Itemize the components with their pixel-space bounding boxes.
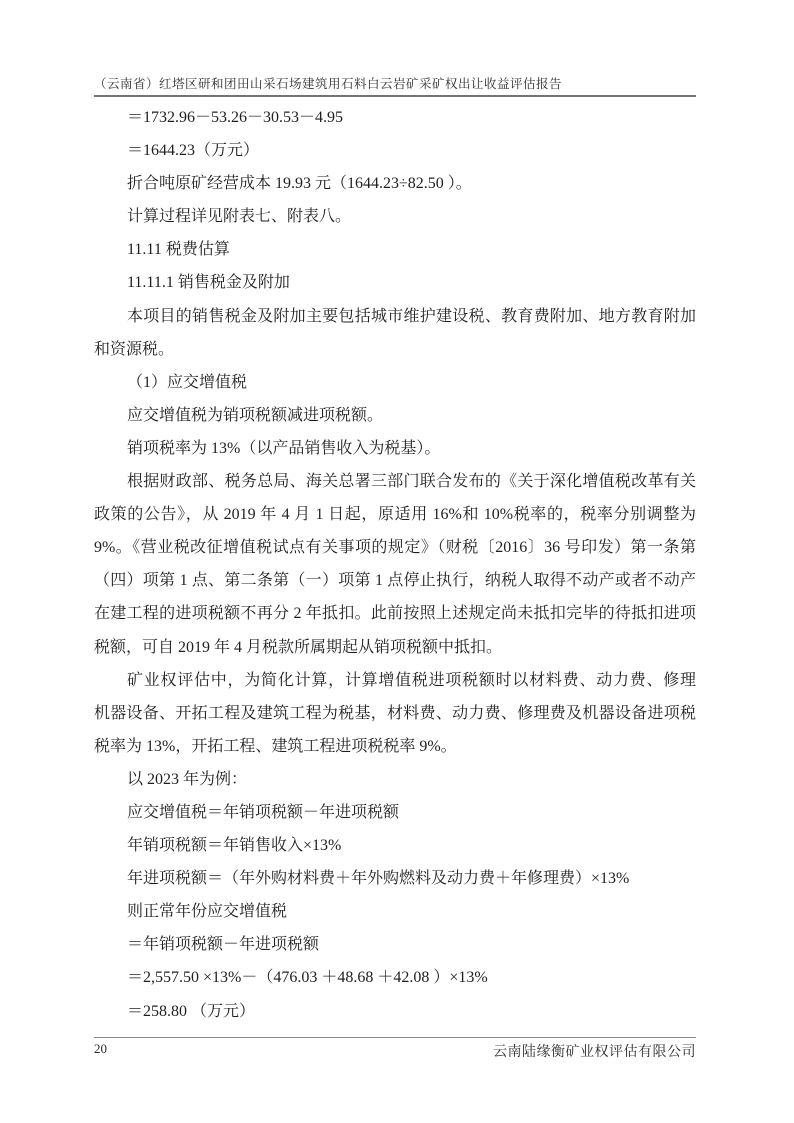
formula-line: 年销项税额＝年销售收入×13%: [94, 829, 696, 862]
section-heading: 11.11.1 销售税金及附加: [94, 266, 696, 299]
body-line: 以 2023 年为例：: [94, 763, 696, 796]
body-line: 矿业权评估中，为简化计算，计算增值税进项税额时以材料费、动力费、修理费、: [94, 664, 696, 697]
body-line: 根据财政部、税务总局、海关总署三部门联合发布的《关于深化增值税改革有关: [94, 465, 696, 498]
report-header-title: （云南省）红塔区研和团田山采石场建筑用石料白云岩矿采矿权出让收益评估报告: [94, 77, 562, 91]
report-footer: 20 云南陆缘衡矿业权评估有限公司: [94, 1041, 696, 1061]
body-line: （四）项第 1 点、第二条第（一）项第 1 点停止执行，纳税人取得不动产或者不动…: [94, 564, 696, 597]
body-line: 税额，可自 2019 年 4 月税款所属期起从销项税额中抵扣。: [94, 631, 696, 664]
body-line: 政策的公告》，从 2019 年 4 月 1 日起，原适用 16%和 10%税率的…: [94, 498, 696, 531]
formula-line: ＝2,557.50 ×13%－（476.03 ＋48.68 ＋42.08 ）×1…: [94, 961, 696, 994]
formula-line: 应交增值税＝年销项税额－年进项税额: [94, 796, 696, 829]
company-name: 云南陆缘衡矿业权评估有限公司: [493, 1041, 696, 1061]
body-line: ＝1732.96－53.26－30.53－4.95: [94, 101, 696, 134]
footer-divider: [94, 1037, 696, 1038]
formula-line: 年进项税额＝（年外购材料费＋年外购燃料及动力费＋年修理费）×13%: [94, 862, 696, 895]
body-line: 折合吨原矿经营成本 19.93 元（1644.23÷82.50 ）。: [94, 167, 696, 200]
body-line: 税率为 13%，开拓工程、建筑工程进项税税率 9%。: [94, 730, 696, 763]
body-line: 9%。《营业税改征增值税试点有关事项的规定》（财税〔2016〕36 号印发）第一…: [94, 531, 696, 564]
body-line: 在建工程的进项税额不再分 2 年抵扣。此前按照上述规定尚未抵扣完毕的待抵扣进项: [94, 597, 696, 630]
section-heading: 11.11 税费估算: [94, 233, 696, 266]
formula-line: ＝年销项税额－年进项税额: [94, 928, 696, 961]
body-line: 和资源税。: [94, 333, 696, 366]
body-line: 机器设备、开拓工程及建筑工程为税基，材料费、动力费、修理费及机器设备进项税: [94, 697, 696, 730]
body-line: 本项目的销售税金及附加主要包括城市维护建设税、教育费附加、地方教育附加: [94, 300, 696, 333]
report-page: （云南省）红塔区研和团田山采石场建筑用石料白云岩矿采矿权出让收益评估报告 ＝17…: [0, 0, 794, 1123]
body-line: （1）应交增值税: [94, 366, 696, 399]
body-line: 计算过程详见附表七、附表八。: [94, 200, 696, 233]
report-body: ＝1732.96－53.26－30.53－4.95 ＝1644.23（万元） 折…: [94, 101, 696, 1028]
body-line: 销项税率为 13%（以产品销售收入为税基）。: [94, 432, 696, 465]
body-line: 应交增值税为销项税额减进项税额。: [94, 399, 696, 432]
page-number: 20: [94, 1041, 107, 1057]
body-line: 则正常年份应交增值税: [94, 895, 696, 928]
body-line: ＝1644.23（万元）: [94, 134, 696, 167]
formula-line: ＝258.80 （万元）: [94, 995, 696, 1028]
report-header: （云南省）红塔区研和团田山采石场建筑用石料白云岩矿采矿权出让收益评估报告: [94, 76, 696, 97]
